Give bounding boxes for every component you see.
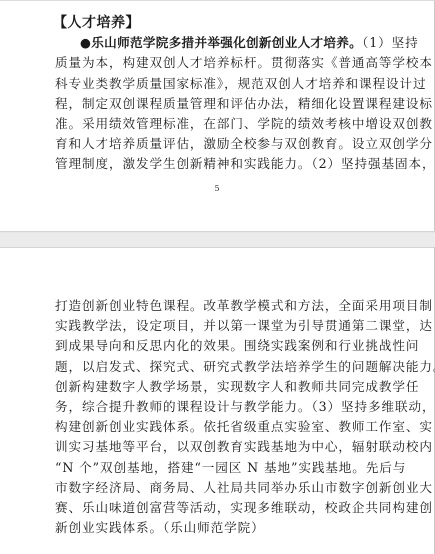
page-number: 5: [0, 184, 434, 193]
text-line: 新创业实践体系。（乐山师范学院）: [55, 518, 380, 538]
text-line: 题，以启发式、探究式、研究式教学法培养学生的问题解决能力。: [55, 357, 380, 377]
text-line: 赛、乐山味道创富营等活动，实现多维联动，校政企共同构建创: [55, 498, 380, 518]
text-line: 打造创新创业特色课程。改革教学模式和方法，全面采用项目制: [55, 296, 380, 316]
page-content: 打造创新创业特色课程。改革教学模式和方法，全面采用项目制 实践教学法，设定项目，…: [55, 296, 380, 538]
text-line: 质量为本，构建双创人才培养标杆。贯彻落实《普通高等学校本: [55, 53, 380, 73]
text-line: 到成果导向和反思内化的效果。围绕实践案例和行业挑战性问: [55, 336, 380, 356]
page-content: 【人才培养】 ●乐山师范学院多措并举强化创新创业人才培养。（1）坚持 质量为本，…: [55, 13, 380, 175]
text-line: （1）坚持: [362, 35, 419, 50]
text-line: 创新构建数字人教学场景，实现数字人和教师共同完成教学任: [55, 377, 380, 397]
text-line: 训实习基地等平台，以双创教育实践基地为中心，辐射联动校内: [55, 437, 380, 457]
paragraph-first-line: ●乐山师范学院多措并举强化创新创业人才培养。（1）坚持: [55, 33, 380, 53]
text-line: 程，制定双创课程质量管理和评估办法，精细化设置课程建设标: [55, 94, 380, 114]
text-line: 科专业类教学质量国家标准》，规范双创人才培养和课程设计过: [55, 74, 380, 94]
text-line: 准。采用绩效管理标准，在部门、学院的绩效考核中增设双创教: [55, 114, 380, 134]
text-line: 管理制度，激发学生创新精神和实践能力。（2）坚持强基固本，: [55, 154, 380, 174]
text-line: 务，综合提升教师的课程设计与教学能力。（3）坚持多维联动，: [55, 397, 380, 417]
text-line: 市数字经济局、商务局、人社局共同举办乐山市数字创新创业大: [55, 478, 380, 498]
text-line: 育和人才培养质量评估，激励全校参与双创教育。设立双创学分: [55, 134, 380, 154]
document-page-1: 【人才培养】 ●乐山师范学院多措并举强化创新创业人才培养。（1）坚持 质量为本，…: [0, 0, 435, 231]
text-line: 构建创新创业实践体系。依托省级重点实验室、教师工作室、实: [55, 417, 380, 437]
document-page-2: 打造创新创业特色课程。改革教学模式和方法，全面采用项目制 实践教学法，设定项目，…: [0, 247, 435, 554]
text-line: “N 个”双创基地，搭建“一园区 N 基地”实践基地。先后与: [55, 458, 380, 478]
section-title: 【人才培养】: [53, 13, 380, 33]
text-line: 实践教学法，设定项目，并以第一课堂为引导贯通第二课堂，达: [55, 316, 380, 336]
lead-sentence: ●乐山师范学院多措并举强化创新创业人才培养。: [80, 35, 362, 50]
